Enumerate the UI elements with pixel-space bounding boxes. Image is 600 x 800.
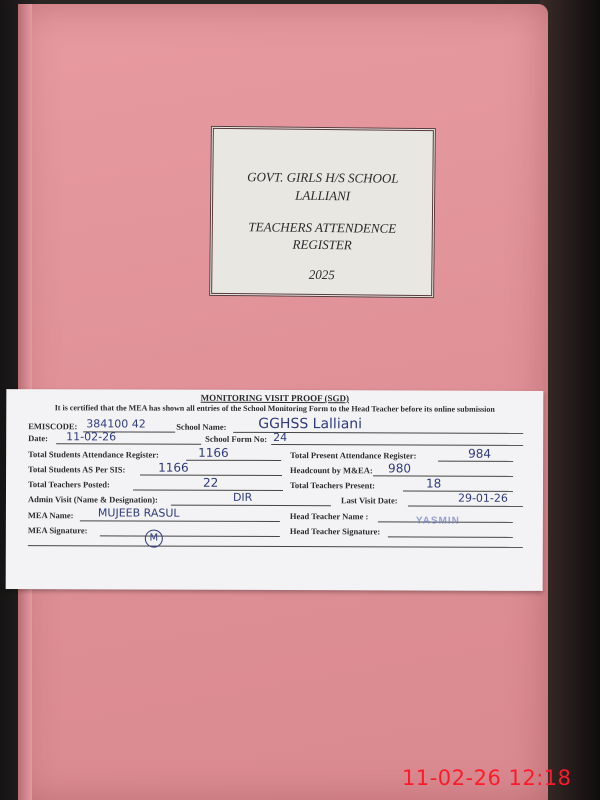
headcount-label: Headcount by M&EA: <box>290 465 373 475</box>
register-year: 2025 <box>212 266 431 284</box>
mea-signature-mark: M <box>145 530 163 548</box>
school-name-value: GGHSS Lalliani <box>258 416 362 432</box>
slip-certification: It is certified that the MEA has shown a… <box>6 403 543 414</box>
mea-signature-label: MEA Signature: <box>28 525 88 535</box>
headcount-value: 980 <box>388 461 411 475</box>
school-name-field-label: School Name: <box>176 422 226 432</box>
total-students-sis-value: 1166 <box>158 461 189 475</box>
teachers-posted-value: 22 <box>203 476 218 490</box>
last-visit-date-label: Last Visit Date: <box>341 495 398 505</box>
row-sis-headcount: Total Students AS Per SIS: 1166 Headcoun… <box>28 464 523 478</box>
date-label: Date: <box>28 433 48 443</box>
teachers-present-line <box>403 480 513 491</box>
teachers-present-label: Total Teachers Present: <box>290 480 375 490</box>
school-form-no-value: 24 <box>273 431 287 444</box>
total-students-register-value: 1166 <box>198 446 229 460</box>
register-label: GOVT. GIRLS H/S SCHOOL LALLIANI TEACHERS… <box>209 126 436 298</box>
teachers-posted-label: Total Teachers Posted: <box>28 479 110 489</box>
school-location-label: LALLIANI <box>213 187 432 205</box>
date-value: 11-02-26 <box>66 430 116 443</box>
last-visit-date-value: 29-01-26 <box>458 492 508 505</box>
mea-name-value: MUJEEB RASUL <box>98 506 180 519</box>
school-name-label: GOVT. GIRLS H/S SCHOOL <box>213 169 432 187</box>
row-attendance-register: Total Students Attendance Register: 1166… <box>28 449 523 463</box>
total-students-register-label: Total Students Attendance Register: <box>28 449 159 459</box>
register-type-label: TEACHERS ATTENDENCE <box>213 219 432 237</box>
background-right <box>540 0 600 800</box>
school-form-no-label: School Form No: <box>205 434 267 444</box>
mea-name-label: MEA Name: <box>28 510 74 520</box>
slip-title: MONITORING VISIT PROOF (SGD) <box>6 392 543 404</box>
head-teacher-stamp: YASMIN <box>416 515 486 533</box>
admin-visit-label: Admin Visit (Name & Designation): <box>28 494 158 504</box>
head-teacher-signature-label: Head Teacher Signature: <box>290 526 380 536</box>
monitoring-visit-proof-slip: MONITORING VISIT PROOF (SGD) It is certi… <box>6 389 544 591</box>
teachers-present-value: 18 <box>426 477 441 491</box>
bottom-rule <box>28 535 523 548</box>
head-teacher-name-label: Head Teacher Name : <box>290 511 369 521</box>
row-date-form: Date: 11-02-26 School Form No: 24 <box>28 433 523 447</box>
total-present-register-label: Total Present Attendance Register: <box>290 450 416 460</box>
total-present-register-value: 984 <box>468 447 491 461</box>
admin-visit-value: DIR <box>233 491 252 504</box>
register-word-label: REGISTER <box>213 236 432 254</box>
total-students-sis-label: Total Students AS Per SIS: <box>28 464 125 474</box>
row-teachers: Total Teachers Posted: 22 Total Teachers… <box>28 479 523 493</box>
camera-timestamp: 11-02-26 12:18 <box>402 766 572 790</box>
school-form-no-line <box>271 434 523 446</box>
emiscode-value: 384100 42 <box>86 417 146 430</box>
